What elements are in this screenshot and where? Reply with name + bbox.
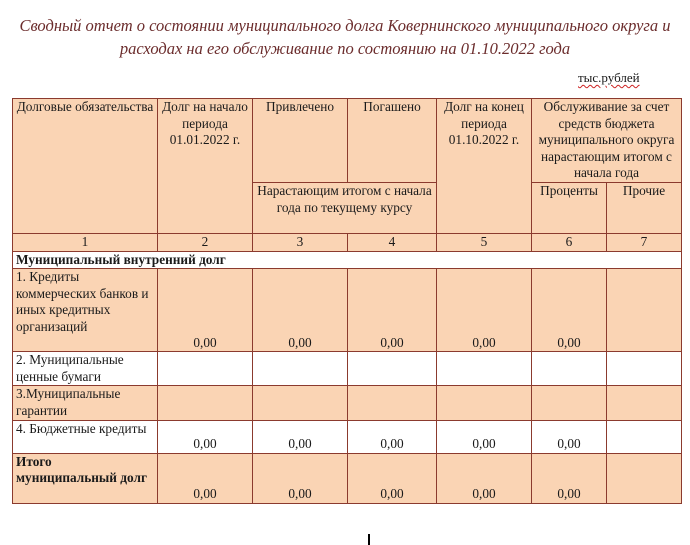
units-label: тыс.рублей — [578, 70, 640, 86]
cell-value: 0,00 — [158, 420, 253, 453]
table-row: 1. Кредиты коммерческих банков и иных кр… — [13, 269, 682, 352]
row-label: 2. Муниципальные ценные бумаги — [13, 352, 158, 386]
column-number: 3 — [253, 233, 348, 251]
cell-value — [253, 386, 348, 420]
header-debt-start: Долг на начало периода 01.01.2022 г. — [158, 99, 253, 234]
column-number: 4 — [348, 233, 437, 251]
column-number: 7 — [607, 233, 682, 251]
cell-value: 0,00 — [253, 269, 348, 352]
cell-value: 0,00 — [437, 453, 532, 503]
report-title-line-2: расходах на его обслуживание по состояни… — [0, 37, 690, 60]
column-number: 5 — [437, 233, 532, 251]
cell-value: 0,00 — [253, 453, 348, 503]
cell-value — [607, 386, 682, 420]
report-title: Сводный отчет о состоянии муниципального… — [0, 14, 690, 60]
column-number: 2 — [158, 233, 253, 251]
header-debt-obligations: Долговые обязательства — [13, 99, 158, 234]
cell-value — [532, 386, 607, 420]
cell-value — [348, 386, 437, 420]
row-label: 1. Кредиты коммерческих банков и иных кр… — [13, 269, 158, 352]
header-repaid: Погашено — [348, 99, 437, 183]
row-label: 4. Бюджетные кредиты — [13, 420, 158, 453]
cell-value: 0,00 — [253, 420, 348, 453]
header-debt-end: Долг на конец периода 01.10.2022 г. — [437, 99, 532, 234]
cell-value — [437, 352, 532, 386]
cell-value — [437, 386, 532, 420]
cell-value — [607, 269, 682, 352]
cell-value — [532, 352, 607, 386]
cell-value — [607, 420, 682, 453]
table-row: 2. Муниципальные ценные бумаги — [13, 352, 682, 386]
cell-value — [253, 352, 348, 386]
cell-value — [607, 352, 682, 386]
cell-value: 0,00 — [437, 269, 532, 352]
report-title-line-1: Сводный отчет о состоянии муниципального… — [0, 14, 690, 37]
header-attracted: Привлечено — [253, 99, 348, 183]
cell-value: 0,00 — [348, 420, 437, 453]
cell-value: 0,00 — [532, 453, 607, 503]
table-row-total: Итого муниципальный долг 0,00 0,00 0,00 … — [13, 453, 682, 503]
table-row: 3.Муниципальные гарантии — [13, 386, 682, 420]
section-title: Муниципальный внутренний долг — [13, 251, 682, 269]
header-other: Прочие — [607, 182, 682, 233]
text-cursor — [368, 534, 370, 545]
cell-value: 0,00 — [158, 453, 253, 503]
column-number: 1 — [13, 233, 158, 251]
header-cumulative-note: Нарастающим итогом с начала года по теку… — [253, 182, 437, 233]
cell-value — [348, 352, 437, 386]
cell-value: 0,00 — [532, 420, 607, 453]
cell-value: 0,00 — [348, 269, 437, 352]
header-servicing: Обслуживание за счет средств бюджета мун… — [532, 99, 682, 183]
cell-value: 0,00 — [348, 453, 437, 503]
cell-value: 0,00 — [158, 269, 253, 352]
municipal-debt-table: Долговые обязательства Долг на начало пе… — [12, 98, 682, 504]
row-label: 3.Муниципальные гарантии — [13, 386, 158, 420]
cell-value — [158, 352, 253, 386]
cell-value: 0,00 — [532, 269, 607, 352]
table-row: 4. Бюджетные кредиты 0,00 0,00 0,00 0,00… — [13, 420, 682, 453]
column-number: 6 — [532, 233, 607, 251]
row-label: Итого муниципальный долг — [13, 453, 158, 503]
cell-value — [158, 386, 253, 420]
cell-value — [607, 453, 682, 503]
cell-value: 0,00 — [437, 420, 532, 453]
header-interest: Проценты — [532, 182, 607, 233]
column-numbers-row: 1 2 3 4 5 6 7 — [13, 233, 682, 251]
